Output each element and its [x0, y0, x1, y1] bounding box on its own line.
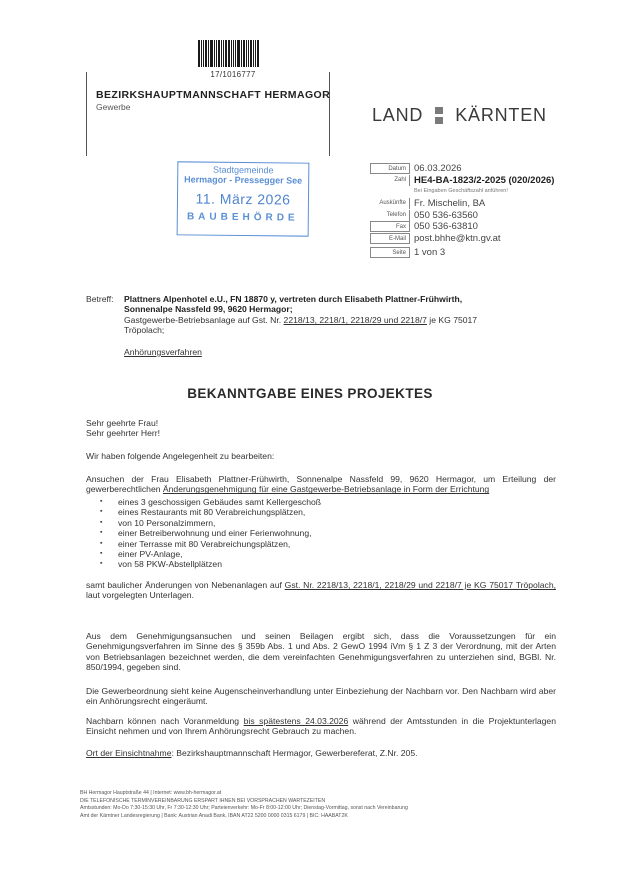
info-row-page: Seite 1 von 3 [370, 247, 554, 259]
subject-line2: Sonnenalpe Nassfeld 99, 9620 Hermagor; [124, 304, 554, 314]
deadline-paragraph: Nachbarn können nach Voranmeldung bis sp… [86, 716, 556, 737]
document-footer: BH Hermagor Hauptstraße 44 | Internet: w… [80, 790, 600, 820]
project-item: eines Restaurants mit 80 Verabreichungsp… [86, 507, 321, 517]
barcode [198, 40, 264, 67]
project-item: einer Terrasse mit 80 Verabreichungsplät… [86, 539, 321, 549]
subject-block: Plattners Alpenhotel e.U., FN 18870 y, v… [124, 294, 554, 336]
document-title: BEKANNTGABE EINES PROJEKTES [0, 386, 620, 401]
logo-mark-icon [435, 107, 443, 124]
inspection-location: Ort der Einsichtnahme: Bezirkshauptmanns… [86, 748, 556, 758]
intro-text: Wir haben folgende Angelegenheit zu bear… [86, 451, 274, 461]
reference-info-block: Datum 06.03.2026 Zahl HE4-BA-1823/2-2025… [370, 163, 554, 259]
hearing-paragraph: Die Gewerbeordnung sieht keine Augensche… [86, 686, 556, 707]
info-row-fax: Fax 050 536-63810 [370, 221, 554, 233]
info-row-date: Datum 06.03.2026 [370, 163, 554, 175]
info-row-contact: Auskünfte Fr. Mischelin, BA [370, 198, 554, 210]
land-kaernten-logo: LAND KÄRNTEN [372, 105, 547, 126]
logo-text-left: LAND [372, 105, 423, 126]
info-row-email: E-Mail post.bhhe@ktn.gv.at [370, 233, 554, 245]
stamp-date: 11. März 2026 [178, 190, 308, 207]
subject-line3: Gastgewerbe-Betriebsanlage auf Gst. Nr. … [124, 315, 554, 325]
greeting: Sehr geehrte Frau! Sehr geehrter Herr! [86, 418, 160, 439]
subject-label: Betreff: [86, 294, 114, 304]
project-items-list: eines 3 geschossigen Gebäudes samt Kelle… [86, 497, 321, 570]
email-link[interactable]: post.bhhe@ktn.gv.at [410, 233, 501, 244]
project-item: von 58 PKW-Abstellplätzen [86, 559, 321, 569]
procedure-type: Anhörungsverfahren [124, 347, 202, 357]
project-item: eines 3 geschossigen Gebäudes samt Kelle… [86, 497, 321, 507]
address-window-left-border [86, 72, 87, 156]
legal-basis-paragraph: Aus dem Genehmigungsansuchen und seinen … [86, 631, 556, 673]
address-window-right-border [329, 72, 330, 156]
info-row-reference: Zahl HE4-BA-1823/2-2025 (020/2026) [370, 175, 554, 187]
info-row-phone: Telefon 050 536-63560 [370, 210, 554, 222]
department-name: Gewerbe [96, 102, 131, 112]
receipt-stamp: Stadtgemeinde Hermagor - Pressegger See … [177, 161, 310, 236]
barcode-number: 17/1016777 [198, 70, 268, 79]
stamp-line2: Hermagor - Pressegger See [178, 174, 308, 185]
subject-parcels: 2218/13, 2218/1, 2218/29 und 2218/7 [284, 315, 427, 325]
application-paragraph: Ansuchen der Frau Elisabeth Plattner-Frü… [86, 474, 556, 495]
project-item: einer Betreiberwohnung und einer Ferienw… [86, 528, 321, 538]
project-item: von 10 Personalzimmern, [86, 518, 321, 528]
application-closing: samt baulicher Änderungen von Nebenanlag… [86, 580, 556, 601]
subject-line1: Plattners Alpenhotel e.U., FN 18870 y, v… [124, 294, 554, 304]
project-item: einer PV-Anlage, [86, 549, 321, 559]
logo-text-right: KÄRNTEN [455, 105, 547, 126]
info-row-note: Bei Eingaben Geschäftszahl anführen! [370, 186, 554, 195]
subject-line4: Tröpolach; [124, 325, 554, 335]
authority-name: BEZIRKSHAUPTMANNSCHAFT HERMAGOR [96, 89, 330, 101]
deadline-date: bis spätestens 24.03.2026 [244, 716, 349, 726]
stamp-office: BAUBEHÖRDE [178, 211, 308, 223]
